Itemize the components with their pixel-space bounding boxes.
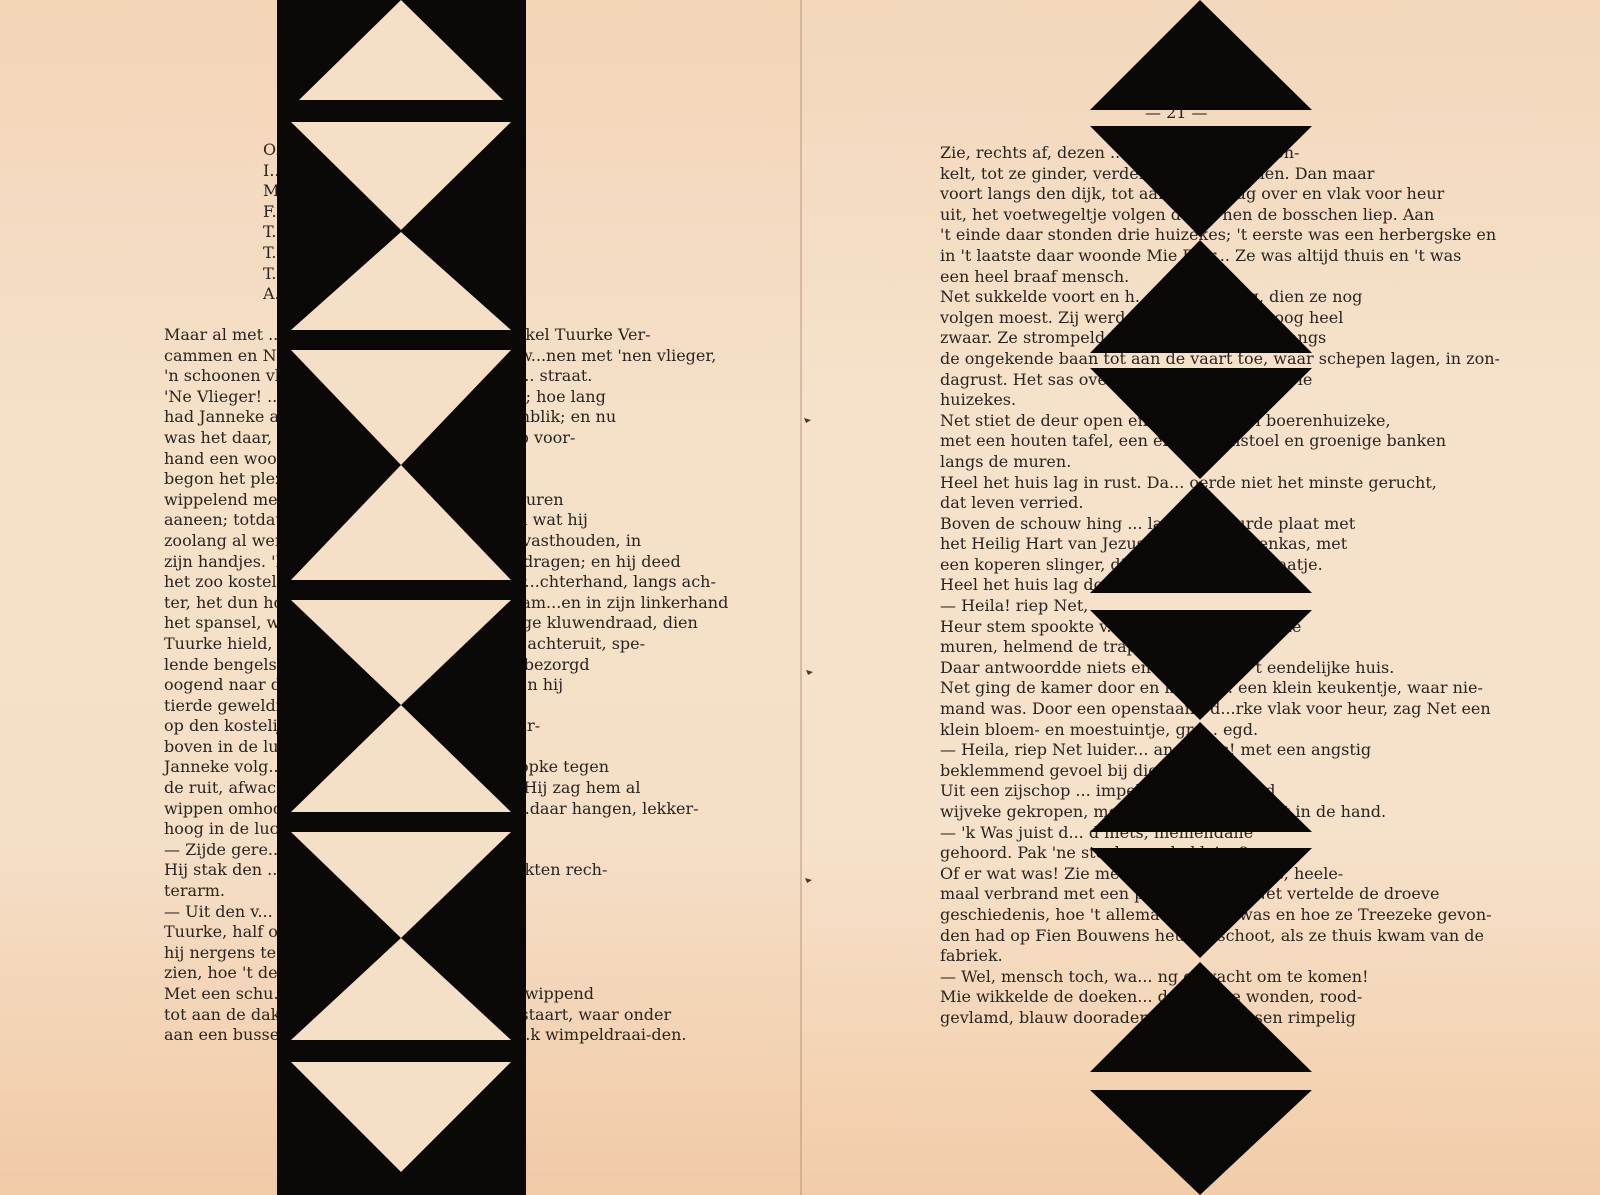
text-line: zwaar. Ze strompelde al... eve gedachten… xyxy=(902,328,1474,349)
text-line: Zie, rechts af, dezen ... door de akkers… xyxy=(902,143,1474,164)
text-line: Of er wat was! Zie me... t kindje gestel… xyxy=(902,864,1474,885)
text-line: — Heila, riep Net luider... and thuis! m… xyxy=(902,740,1474,761)
text-line: wijveke gekropen, met een dampenden pot … xyxy=(902,802,1474,823)
paragraph: Heel het huis lag in rust. Da... oerde n… xyxy=(902,473,1474,514)
text-line: een heel braaf mensch. xyxy=(902,267,1474,288)
text-line: 't einde daar stonden drie huizekes; 't … xyxy=(902,225,1474,246)
text-line: Net ging de kamer door en kwam ... een k… xyxy=(902,678,1474,699)
paragraph: Net sukkelde voort en h... gen den weg, … xyxy=(902,287,1474,411)
text-line: kelt, tot ze ginder, verder op ... zou k… xyxy=(902,164,1474,185)
text-line: Net stiet de deur open en ... een simpel… xyxy=(902,411,1474,432)
text-line: dat leven verried. xyxy=(902,493,1474,514)
text-line: — 'k Was juist d... d niets, niemendalle xyxy=(902,823,1474,844)
text-line: beklemmend gevoel bij die... xyxy=(902,761,1474,782)
text-line: voort langs den dijk, tot aan 't s... br… xyxy=(902,184,1474,205)
right-body-text: Zie, rechts af, dezen ... door de akkers… xyxy=(902,143,1474,1029)
painted-black-column xyxy=(277,0,526,1195)
paragraph: — Heila! riep Net, xyxy=(902,596,1474,617)
text-line: uit, het voetwegeltje volgen dat ... hen… xyxy=(902,205,1474,226)
paragraph: — 'k Was juist d... d niets, niemendalle… xyxy=(902,823,1474,864)
paragraph: Heur stem spookte v... langs 't venster … xyxy=(902,617,1474,658)
text-line: Boven de schouw hing ... lauw gekleurde … xyxy=(902,514,1474,535)
text-line: volgen moest. Zij werd m... n Treezeke w… xyxy=(902,308,1474,329)
text-line: Mie wikkelde de doeken... de leelijke wo… xyxy=(902,987,1474,1008)
text-line: met een houten tafel, een enke... zensto… xyxy=(902,431,1474,452)
text-line: een koperen slinger, die... ine ronde ki… xyxy=(902,555,1474,576)
book-gutter xyxy=(800,0,802,1195)
text-line: klein bloem- en moestuintje, gro... egd. xyxy=(902,720,1474,741)
text-line: fabriek. xyxy=(902,946,1474,967)
text-line: — Heila! riep Net, xyxy=(902,596,1474,617)
text-line: Uit een zijschop ... impeld, kromgegroei… xyxy=(902,781,1474,802)
text-line: maal verbrand met een pot kok... . En Ne… xyxy=(902,884,1474,905)
right-page-number: — 21 — xyxy=(1145,103,1208,122)
text-line: Heel het huis lag dood. xyxy=(902,575,1474,596)
paragraph: Daar antwoordde niets en ... alleen in '… xyxy=(902,658,1474,740)
text-line: geschiedenis, hoe 't allemaal gebe... wa… xyxy=(902,905,1474,926)
text-line: muren, helmend de trap op, t... older. xyxy=(902,637,1474,658)
paragraph: Of er wat was! Zie me... t kindje gestel… xyxy=(902,864,1474,967)
text-line: in 't laatste daar woonde Mie Bier... Ze… xyxy=(902,246,1474,267)
text-line: — Wel, mensch toch, wa... ng gewacht om … xyxy=(902,967,1474,988)
text-line: het Heilig Hart van Jezus... d een klokk… xyxy=(902,534,1474,555)
text-line: gevlamd, blauw dooraderd... met plaatsen… xyxy=(902,1008,1474,1029)
text-line: Heel het huis lag in rust. Da... oerde n… xyxy=(902,473,1474,494)
paragraph: Zie, rechts af, dezen ... door de akkers… xyxy=(902,143,1474,287)
paragraph: Boven de schouw hing ... lauw gekleurde … xyxy=(902,514,1474,596)
paragraph: — Wel, mensch toch, wa... ng gewacht om … xyxy=(902,967,1474,1029)
text-line: mand was. Door een openstaand d...rke vl… xyxy=(902,699,1474,720)
book-spread: 20 — 21 — O... de brug daar liep ...huis… xyxy=(0,0,1600,1195)
hourglass-pattern-icon xyxy=(277,0,526,1195)
text-line: gehoord. Pak 'ne stoel, m... de kleine? xyxy=(902,843,1474,864)
text-line: Heur stem spookte v... langs 't venster … xyxy=(902,617,1474,638)
text-line: den had op Fien Bouwens heuren schoot, a… xyxy=(902,926,1474,947)
text-line: dagrust. Het sas over, ... daar stonden … xyxy=(902,370,1474,391)
text-line: Daar antwoordde niets en ... alleen in '… xyxy=(902,658,1474,679)
paragraph: — Heila, riep Net luider... and thuis! m… xyxy=(902,740,1474,781)
text-line: Net sukkelde voort en h... gen den weg, … xyxy=(902,287,1474,308)
text-line: huizekes. xyxy=(902,390,1474,411)
text-line: de ongekende baan tot aan de vaart toe, … xyxy=(902,349,1474,370)
paragraph: Uit een zijschop ... impeld, kromgegroei… xyxy=(902,781,1474,822)
paragraph: Net stiet de deur open en ... een simpel… xyxy=(902,411,1474,473)
text-line: langs de muren. xyxy=(902,452,1474,473)
